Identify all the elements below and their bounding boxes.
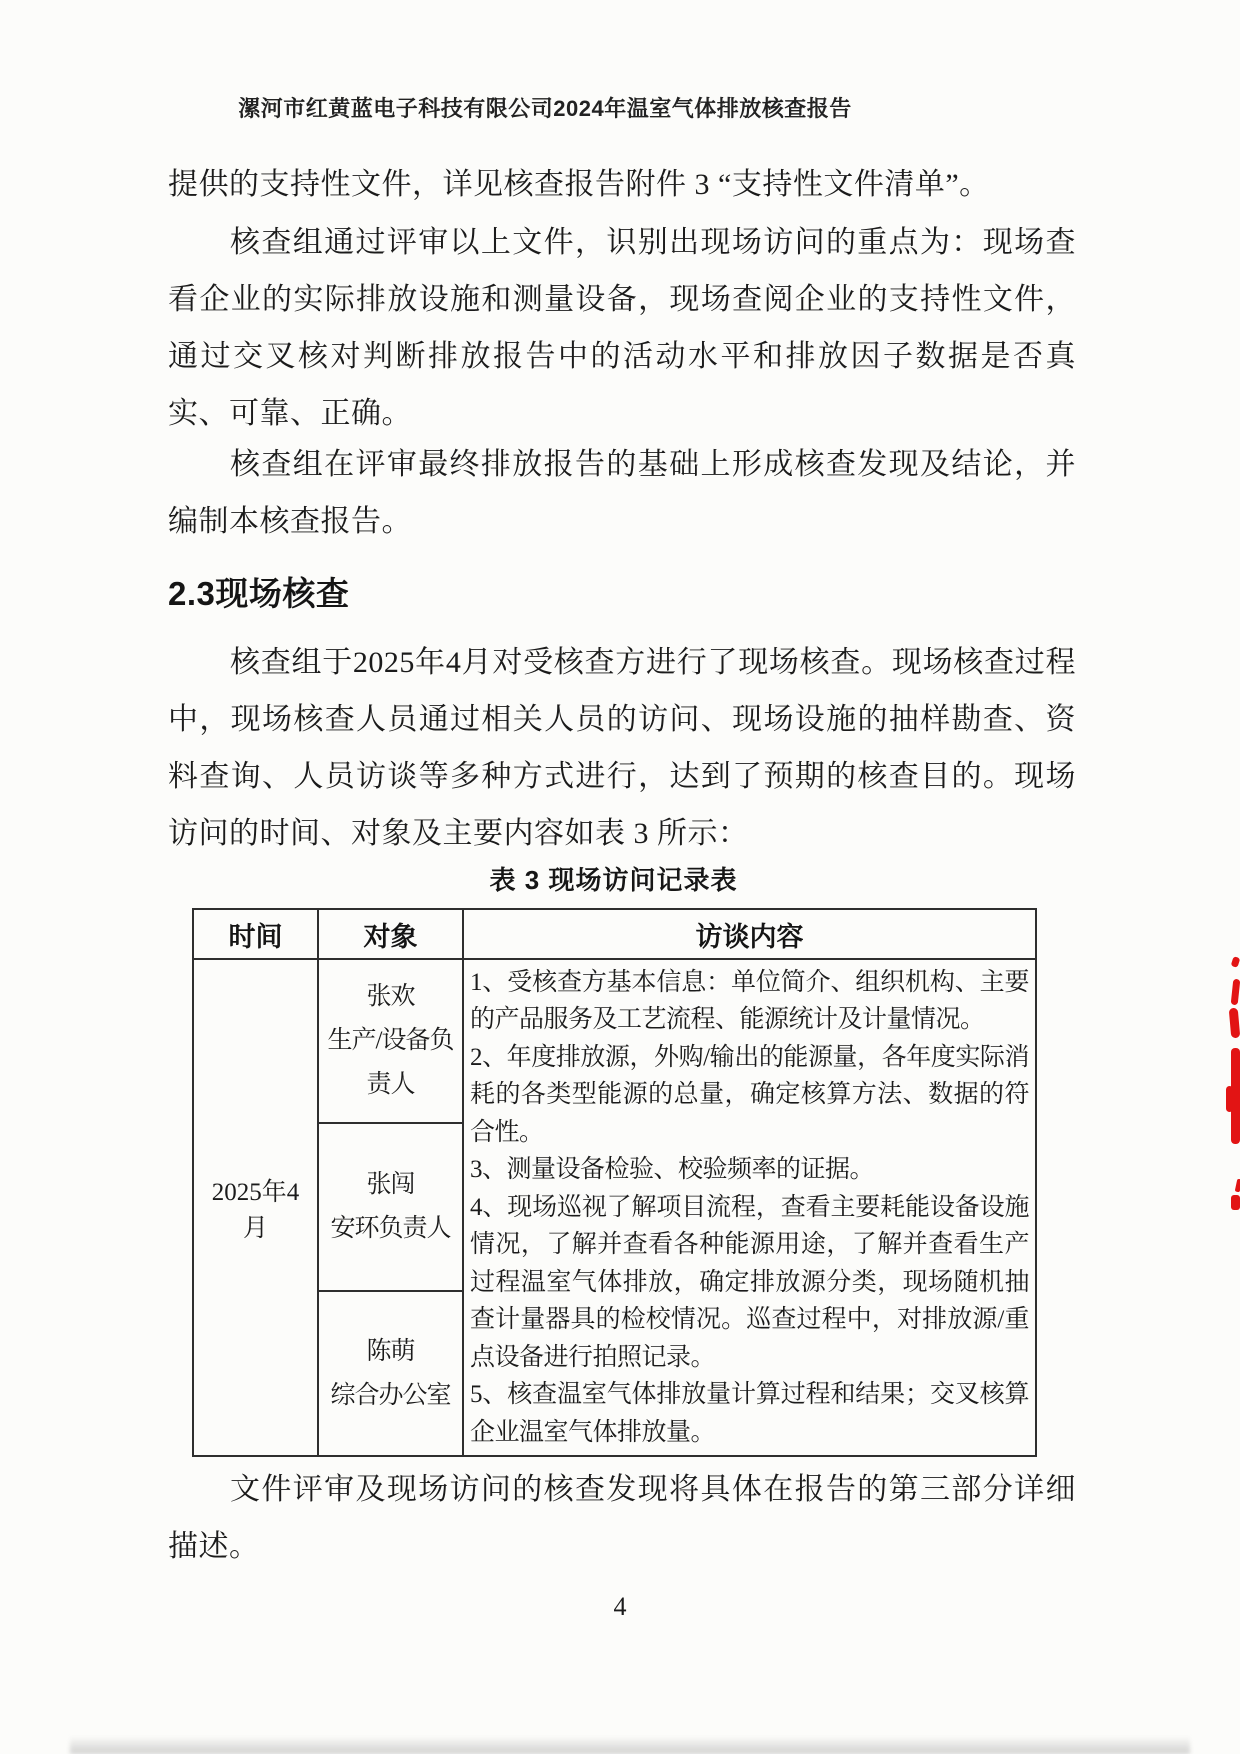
subject-cell-1: 张欢 生产/设备负责人: [318, 959, 463, 1123]
subject-name: 陈萌: [325, 1330, 456, 1374]
subject-role: 安环负责人: [325, 1207, 456, 1251]
column-header-subject: 对象: [318, 909, 463, 959]
visit-time-cell: 2025年4月: [193, 959, 318, 1456]
paragraph-report-basis: 核查组在评审最终排放报告的基础上形成核查发现及结论，并编制本核查报告。: [168, 436, 1076, 550]
subject-cell-2: 张闯 安环负责人: [318, 1123, 463, 1291]
page-number: 4: [0, 1592, 1240, 1622]
subject-name: 张闯: [325, 1163, 456, 1207]
red-ink-mark: [1231, 956, 1240, 968]
table-caption: 表 3 现场访问记录表: [192, 860, 1035, 897]
content-item: 3、测量设备检验、校验频率的证据。: [470, 1151, 1029, 1189]
table-row: 2025年4月 张欢 生产/设备负责人 1、受核查方基本信息：单位简介、组织机构…: [193, 959, 1036, 1123]
content-item: 1、受核查方基本信息：单位简介、组织机构、主要的产品服务及工艺流程、能源统计及计…: [470, 964, 1029, 1039]
onsite-visit-record-table: 时间 对象 访谈内容 2025年4月 张欢 生产/设备负责人 1、受核查方基本信…: [192, 908, 1037, 1457]
red-ink-mark: [1235, 1179, 1240, 1193]
red-ink-mark: [1231, 1195, 1240, 1210]
content-item: 2、年度排放源，外购/输出的能源量，各年度实际消耗的各类型能源的总量，确定核算方…: [470, 1039, 1029, 1152]
subject-cell-3: 陈萌 综合办公室: [318, 1291, 463, 1456]
column-header-content: 访谈内容: [463, 909, 1036, 959]
subject-role: 综合办公室: [325, 1374, 456, 1418]
content-item: 5、核查温室气体排放量计算过程和结果；交叉核算企业温室气体排放量。: [470, 1376, 1029, 1451]
scan-edge-artifact: [70, 1736, 1190, 1754]
document-page: 漯河市红黄蓝电子科技有限公司2024年温室气体排放核查报告 提供的支持性文件，详…: [0, 0, 1240, 1754]
section-heading-onsite-verification: 2.3现场核查: [168, 568, 349, 615]
content-item: 4、现场巡视了解项目流程，查看主要耗能设备设施情况，了解并查看各种能源用途，了解…: [470, 1189, 1029, 1377]
red-ink-mark: [1226, 1086, 1233, 1112]
red-ink-mark: [1231, 979, 1240, 1006]
table-header-row: 时间 对象 访谈内容: [193, 909, 1036, 959]
column-header-time: 时间: [193, 909, 318, 959]
subject-name: 张欢: [325, 975, 456, 1019]
interview-content-cell: 1、受核查方基本信息：单位简介、组织机构、主要的产品服务及工艺流程、能源统计及计…: [463, 959, 1036, 1456]
paragraph-onsite-visit: 核查组于2025年4月对受核查方进行了现场核查。现场核查过程中，现场核查人员通过…: [168, 634, 1076, 862]
subject-role: 生产/设备负责人: [325, 1019, 456, 1107]
paragraph-support-files: 提供的支持性文件，详见核查报告附件 3 “支持性文件清单”。: [168, 156, 1076, 213]
paragraph-closing: 文件评审及现场访问的核查发现将具体在报告的第三部分详细描述。: [168, 1461, 1076, 1575]
red-ink-mark: [1229, 1008, 1240, 1039]
report-header-title: 漯河市红黄蓝电子科技有限公司2024年温室气体排放核查报告: [0, 92, 1090, 123]
paragraph-review-focus: 核查组通过评审以上文件，识别出现场访问的重点为：现场查看企业的实际排放设施和测量…: [168, 214, 1076, 442]
